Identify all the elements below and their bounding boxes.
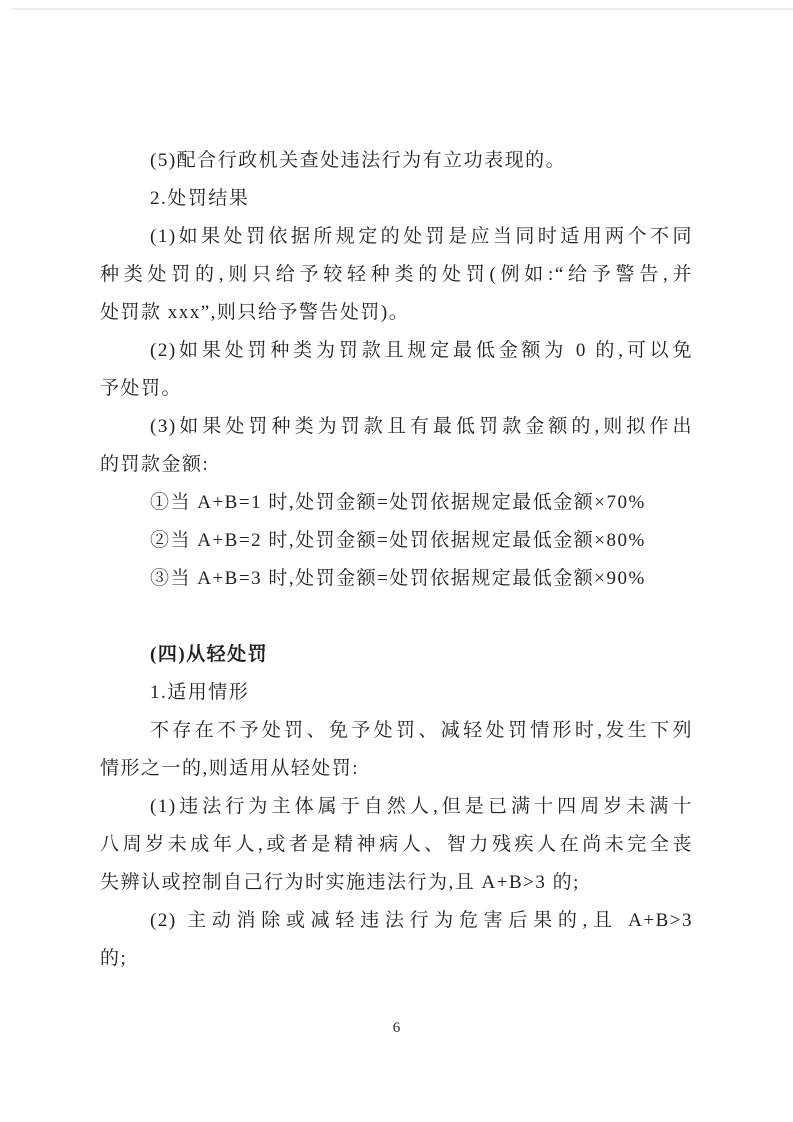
text-line: ②当 A+B=2 时,处罚金额=处罚依据规定最低金额×80% <box>100 522 693 560</box>
text-line: 失辨认或控制自己行为时实施违法行为,且 A+B>3 的; <box>100 864 693 902</box>
text-line: 情形之一的,则适用从轻处罚: <box>100 750 693 788</box>
blank-line <box>100 598 693 636</box>
text-line: 予处罚。 <box>100 370 693 408</box>
page-number: 6 <box>0 1020 793 1037</box>
text-line: 的罚款金额: <box>100 446 693 484</box>
text-line: (2) 主动消除或减轻违法行为危害后果的,且 A+B>3 <box>100 902 693 940</box>
text-line: (1)违法行为主体属于自然人,但是已满十四周岁未满十 <box>100 788 693 826</box>
page-top-edge-line <box>12 8 793 10</box>
text-line: (2)如果处罚种类为罚款且规定最低金额为 0 的,可以免 <box>100 332 693 370</box>
text-line: 处罚款 xxx”,则只给予警告处罚)。 <box>100 294 693 332</box>
text-line: 八周岁未成年人,或者是精神病人、智力残疾人在尚未完全丧 <box>100 826 693 864</box>
text-line: 2.处罚结果 <box>100 180 693 218</box>
text-line: 1.适用情形 <box>100 674 693 712</box>
document-page: (5)配合行政机关查处违法行为有立功表现的。2.处罚结果(1)如果处罚依据所规定… <box>0 0 793 1122</box>
text-line: (1)如果处罚依据所规定的处罚是应当同时适用两个不同 <box>100 218 693 256</box>
text-line: (5)配合行政机关查处违法行为有立功表现的。 <box>100 142 693 180</box>
section-heading: (四)从轻处罚 <box>100 636 693 674</box>
text-line: 的; <box>100 940 693 978</box>
text-line: ③当 A+B=3 时,处罚金额=处罚依据规定最低金额×90% <box>100 560 693 598</box>
text-line: 不存在不予处罚、免予处罚、减轻处罚情形时,发生下列 <box>100 712 693 750</box>
text-line: 种类处罚的,则只给予较轻种类的处罚(例如:“给予警告,并 <box>100 256 693 294</box>
text-line: ①当 A+B=1 时,处罚金额=处罚依据规定最低金额×70% <box>100 484 693 522</box>
text-line: (3)如果处罚种类为罚款且有最低罚款金额的,则拟作出 <box>100 408 693 446</box>
document-body: (5)配合行政机关查处违法行为有立功表现的。2.处罚结果(1)如果处罚依据所规定… <box>100 142 693 978</box>
